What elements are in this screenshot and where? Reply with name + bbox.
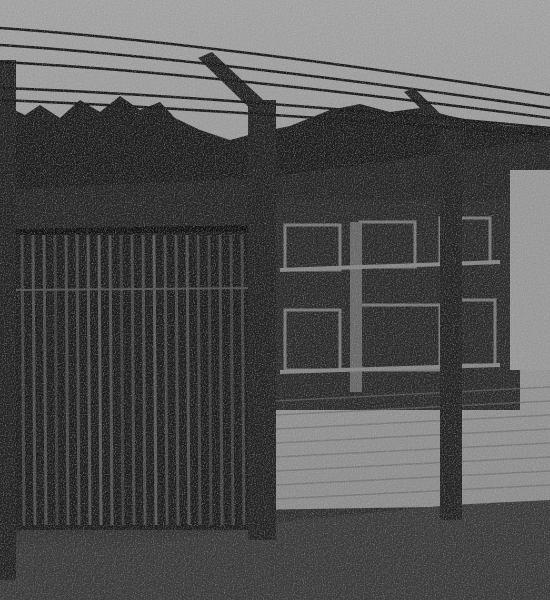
gate-panel (15, 230, 260, 530)
fence-photograph (0, 0, 550, 600)
building-wall-light (510, 170, 550, 370)
light-pillar (350, 222, 362, 392)
